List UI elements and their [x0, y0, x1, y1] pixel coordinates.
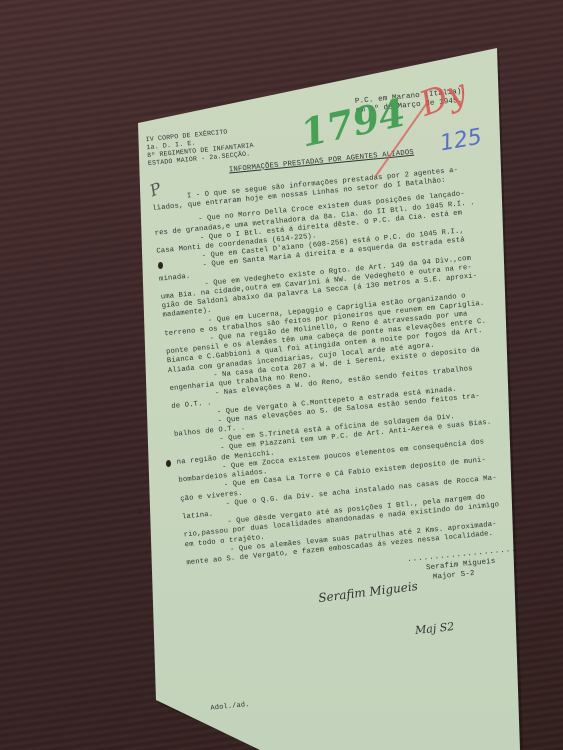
- punch-hole: [138, 508, 142, 514]
- document-body: I - O que se segue são informações prest…: [151, 161, 555, 569]
- punch-hole: [166, 460, 171, 467]
